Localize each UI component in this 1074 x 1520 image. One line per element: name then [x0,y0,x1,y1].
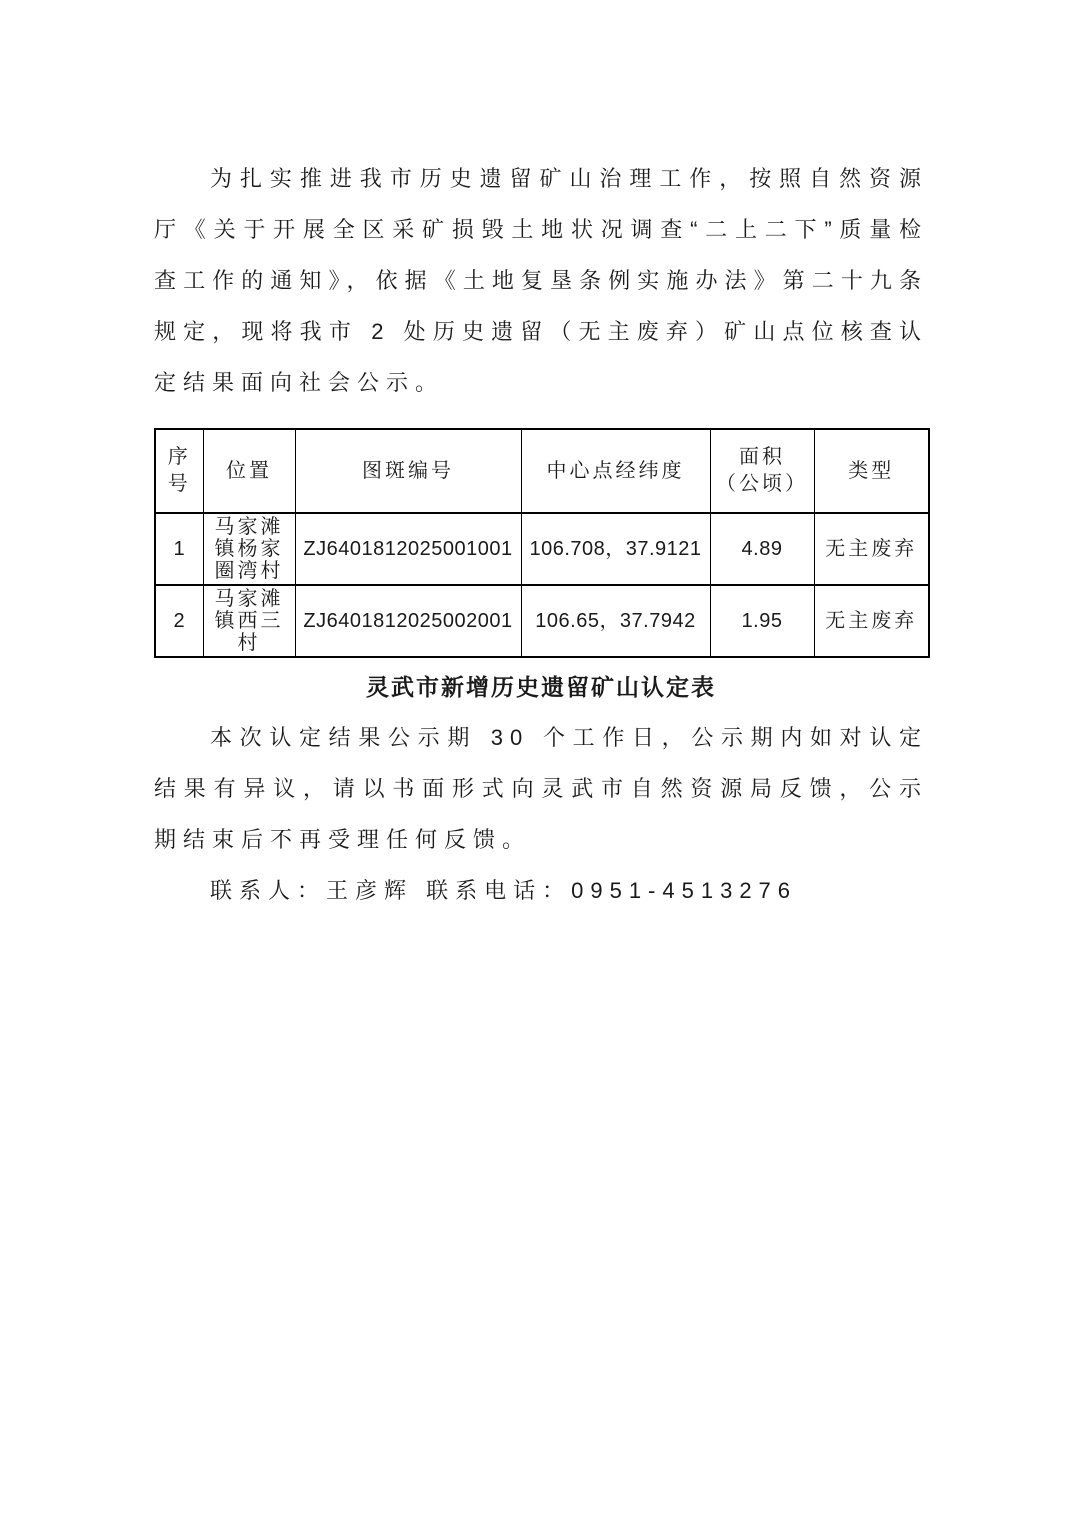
cell-patch-id: ZJ6401812025001001 [295,513,521,585]
header-location: 位置 [203,429,295,513]
cell-seq: 1 [155,513,203,585]
table-header-row: 序 号 位置 图斑编号 中心点经纬度 面积 （公顷） 类型 [155,429,929,513]
cell-location: 马家滩 镇杨家 圈湾村 [203,513,295,585]
notice-paragraph: 本次认定结果公示期 30 个工作日，公示期内如对认定结果有异议，请以书面形式向灵… [154,712,928,865]
cell-area: 4.89 [710,513,814,585]
cell-center-coords: 106.708，37.9121 [521,513,710,585]
cell-center-coords: 106.65，37.7942 [521,585,710,657]
cell-location: 马家滩 镇西三 村 [203,585,295,657]
cell-patch-id: ZJ6401812025002001 [295,585,521,657]
cell-area: 1.95 [710,585,814,657]
table-caption: 灵武市新增历史遗留矿山认定表 [154,670,928,704]
mine-recognition-table: 序 号 位置 图斑编号 中心点经纬度 面积 （公顷） 类型 1 马家滩 镇杨家 … [154,428,930,658]
cell-type: 无主废弃 [814,513,929,585]
table-row: 1 马家滩 镇杨家 圈湾村 ZJ6401812025001001 106.708… [155,513,929,585]
intro-paragraph: 为扎实推进我市历史遗留矿山治理工作，按照自然资源厅《关于开展全区采矿损毁土地状况… [154,153,928,408]
cell-seq: 2 [155,585,203,657]
table-row: 2 马家滩 镇西三 村 ZJ6401812025002001 106.65，37… [155,585,929,657]
header-center-coords: 中心点经纬度 [521,429,710,513]
cell-type: 无主废弃 [814,585,929,657]
header-patch-id: 图斑编号 [295,429,521,513]
document-page: 为扎实推进我市历史遗留矿山治理工作，按照自然资源厅《关于开展全区采矿损毁土地状况… [0,0,1074,1520]
header-seq-number: 序 号 [155,429,203,513]
header-area: 面积 （公顷） [710,429,814,513]
header-type: 类型 [814,429,929,513]
page-content: 为扎实推进我市历史遗留矿山治理工作，按照自然资源厅《关于开展全区采矿损毁土地状况… [0,0,1074,916]
contact-line: 联系人：王彦辉 联系电话：0951-4513276 [154,865,928,916]
